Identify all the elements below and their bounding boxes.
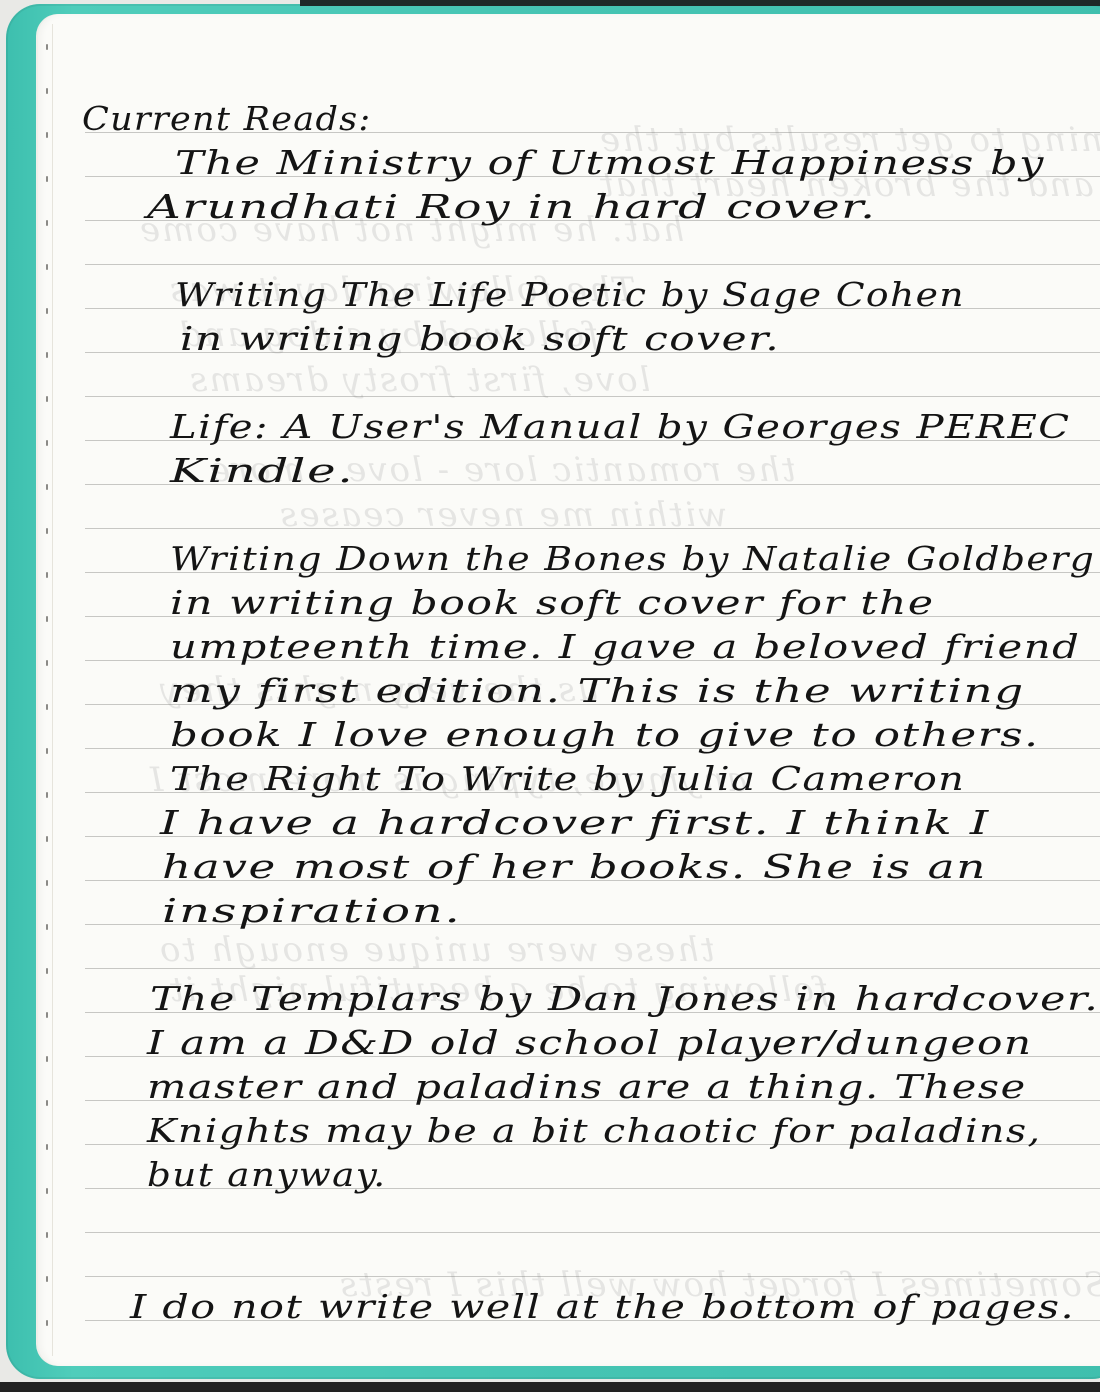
entry-line: Kindle. [170,454,354,487]
binding-stitch [46,968,48,974]
bleed-through-text: within me never ceases [278,495,727,535]
entry-line: I have a hardcover first. I think I [160,806,990,839]
binding-stitch [46,572,48,578]
binding-stitch [46,616,48,622]
ruled-line [85,528,1100,529]
entry-line: Knights may be a bit chaotic for paladin… [147,1114,1042,1147]
entry-line: have most of her books. She is an [162,850,987,883]
binding-stitch [46,1100,48,1106]
binding-stitch [46,396,48,402]
binding-stitch [46,880,48,886]
entry-line: Life: A User's Manual by Georges PEREC [170,410,1071,443]
entry-line: in writing book soft cover for the [170,586,935,619]
entry-line: inspiration. [162,894,462,927]
binding-stitch [46,836,48,842]
binding-stitch [46,44,48,50]
binding-stitch [46,88,48,94]
binding-stitch [46,132,48,138]
binding-stitch [46,660,48,666]
binding-stitch [46,484,48,490]
entry-line: The Ministry of Utmost Happiness by [175,146,1045,179]
ruled-line [85,968,1100,969]
journal-closing-note: I do not write well at the bottom of pag… [130,1290,1075,1323]
entry-line: The Right To Write by Julia Cameron [170,762,965,795]
binding-stitch [46,1056,48,1062]
binding-stitch [46,220,48,226]
entry-line: Writing The Life Poetic by Sage Cohen [175,278,965,311]
entry-line: master and paladins are a thing. These [147,1070,1027,1103]
bleed-through-text: these were unique enough to [158,930,715,970]
entry-line: Writing Down the Bones by Natalie Goldbe… [170,542,1095,575]
binding-stitch [46,440,48,446]
binding-stitch [46,1276,48,1282]
notebook-scan: beginning to get results but thedog and … [0,0,1100,1392]
entry-line: Arundhati Roy in hard cover. [147,190,877,223]
entry-line: The Templars by Dan Jones in hardcover. [150,982,1099,1015]
binding-stitch [46,792,48,798]
scanner-edge [0,1382,1100,1392]
notebook-page: beginning to get results but thedog and … [38,14,1100,1366]
binding-stitch [46,264,48,270]
entry-line: my first edition. This is the writing [170,674,1025,707]
binding-stitch [46,1144,48,1150]
entry-line: in writing book soft cover. [180,322,780,355]
journal-heading: Current Reads: [82,102,372,135]
binding-stitch [46,176,48,182]
binding-stitch [46,1320,48,1326]
binding-stitch [46,704,48,710]
ruled-line [85,1232,1100,1233]
binding-stitch [46,1012,48,1018]
entry-line: book I love enough to give to others. [170,718,1040,751]
ruled-line [85,396,1100,397]
ruled-line [85,1276,1100,1277]
binding-stitch [46,1232,48,1238]
binding-stitch [46,528,48,534]
bleed-through-text: love, first frosty dreams [188,360,650,400]
binding-stitch [46,748,48,754]
entry-line: but anyway. [147,1158,387,1191]
binding-stitch [46,924,48,930]
ruled-line [85,264,1100,265]
entry-line: I am a D&D old school player/dungeon [147,1026,1033,1059]
binding-stitch [46,1188,48,1194]
cover-top-edge [300,0,1100,6]
binding-stitch [46,308,48,314]
entry-line: umpteenth time. I gave a beloved friend [170,630,1080,663]
binding-stitch [46,352,48,358]
